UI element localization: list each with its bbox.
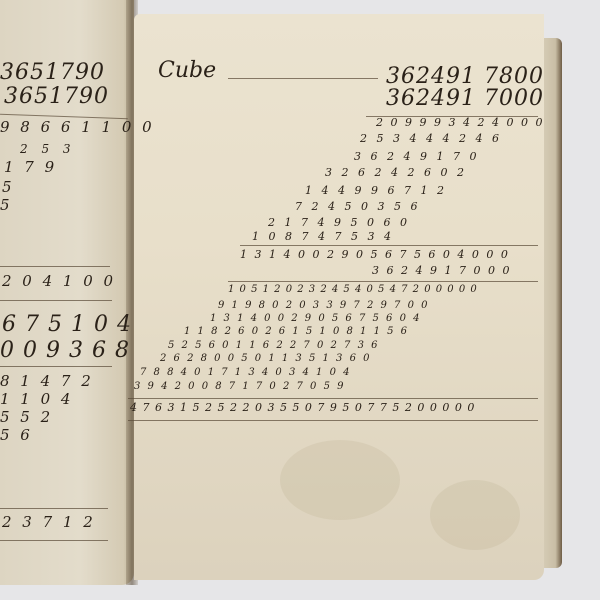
divider-line	[228, 281, 538, 282]
partial-row: 3 6 2 4 9 1 7 0	[354, 150, 479, 163]
heading-rule	[228, 78, 378, 79]
left-lower-row: 8 1 4 7 2	[0, 372, 94, 390]
left-middle-total: 2 0 4 1 0 0	[2, 272, 116, 290]
left-big-number-1: 6 7 5 1 0 4	[2, 312, 132, 337]
left-big-number-2: 0 0 9 3 6 8	[0, 338, 130, 363]
partial-row: 1 1 8 2 6 0 2 6 1 5 1 0 8 1 1 5 6	[184, 326, 409, 337]
top-number-2: 362491 7000	[386, 86, 544, 111]
partial-row: 7 2 4 5 0 3 5 6	[295, 200, 420, 213]
divider-line	[0, 266, 110, 267]
partial-row: 2 5 3 4 4 4 2 4 6	[360, 132, 502, 145]
left-row: 5	[0, 196, 13, 214]
multiplier-row: 3 6 2 4 9 1 7 0 0 0	[372, 264, 511, 277]
left-lower-row: 5 5 2	[0, 408, 53, 426]
left-bottom-number: 2 3 7 1 2	[2, 513, 96, 531]
left-top-number-2: 3651790	[4, 84, 109, 109]
paper-stain	[280, 440, 400, 520]
divider-line	[128, 398, 538, 399]
partial-row: 3 9 4 2 0 0 8 7 1 7 0 2 7 0 5 9	[134, 381, 345, 392]
partial-row: 2 1 7 4 9 5 0 6 0	[268, 216, 410, 229]
left-row: 5	[2, 178, 15, 196]
subtotal-row: 1 3 1 4 0 0 2 9 0 5 6 7 5 6 0 4 0 0 0	[240, 248, 510, 261]
paper-stain	[430, 480, 520, 550]
partial-row: 7 8 8 4 0 1 7 1 3 4 0 3 4 1 0 4	[140, 367, 351, 378]
left-lower-row: 5 6	[0, 426, 33, 444]
final-total: 4 7 6 3 1 5 2 5 2 2 0 3 5 5 0 7 9 5 0 7 …	[130, 401, 475, 414]
cube-heading: Cube	[158, 58, 216, 83]
partial-row: 9 1 9 8 0 2 0 3 3 9 7 2 9 7 0 0	[218, 300, 429, 311]
left-row: 9 8 6 6 1 1 0 0	[0, 118, 155, 136]
divider-line	[0, 366, 112, 367]
divider-line	[0, 540, 108, 541]
partial-row: 2 0 9 9 9 3 4 2 4 0 0 0	[376, 116, 544, 129]
divider-line	[0, 300, 112, 301]
divider-line	[128, 420, 538, 421]
divider-line	[240, 245, 538, 246]
notebook-photo: 3651790 3651790 9 8 6 6 1 1 0 0 2 5 3 1 …	[0, 0, 600, 600]
divider-line	[0, 508, 108, 509]
partial-row: 1 3 1 4 0 0 2 9 0 5 6 7 5 6 0 4	[210, 313, 421, 324]
partial-row: 5 2 5 6 0 1 1 6 2 2 7 0 2 7 3 6	[168, 340, 379, 351]
partial-row: 1 0 8 7 4 7 5 3 4	[252, 230, 394, 243]
partial-row: 3 2 6 2 4 2 6 0 2	[325, 166, 467, 179]
left-top-number-1: 3651790	[0, 60, 105, 85]
partial-row: 1 4 4 9 9 6 7 1 2	[305, 184, 447, 197]
left-row: 2 5 3	[20, 142, 76, 156]
left-row: 1 7 9	[4, 158, 57, 176]
partial-row: 2 6 2 8 0 0 5 0 1 1 3 5 1 3 6 0	[160, 353, 371, 364]
left-lower-row: 1 1 0 4	[0, 390, 73, 408]
partial-row: 1 0 5 1 2 0 2 3 2 4 5 4 0 5 4 7 2 0 0 0 …	[228, 284, 478, 295]
